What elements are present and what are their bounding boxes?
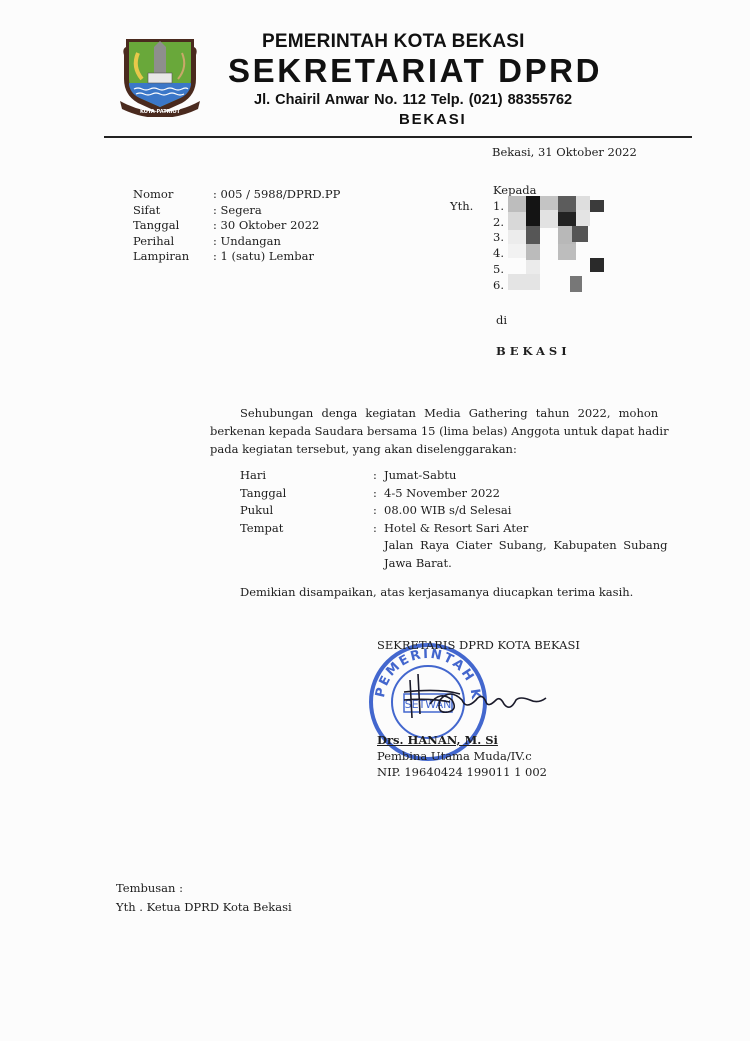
detail-value: 4-5 November 2022 [384,485,500,503]
svg-text:KOTA PATRIOT: KOTA PATRIOT [140,109,181,115]
closing-sentence: Demikian disampaikan, atas kerjasamanya … [240,585,633,599]
meta-row: Nomor: 005 / 5988/DPRD.PP [133,187,340,203]
recipient-number: 3. [478,230,504,246]
signatory-title: SEKRETARIS DPRD KOTA BEKASI [377,638,580,652]
detail-label: Tempat [240,520,373,538]
detail-label: Hari [240,467,373,485]
meta-row: Tanggal: 30 Oktober 2022 [133,218,340,234]
office-name: SEKRETARIAT DPRD [228,52,602,90]
letter-date: Bekasi, 31 Oktober 2022 [492,145,637,159]
recipient-number: 5. [478,262,504,278]
recipient-number: 4. [478,246,504,262]
meta-value: : 005 / 5988/DPRD.PP [213,187,340,203]
meta-value: : 1 (satu) Lembar [213,249,314,265]
meta-label: Perihal [133,234,213,250]
letter-meta: Nomor: 005 / 5988/DPRD.PP Sifat: Segera … [133,187,340,265]
tembusan-item: Yth . Ketua DPRD Kota Bekasi [116,898,292,917]
meta-label: Sifat [133,203,213,219]
body-line: berkenan kepada Saudara bersama 15 (lima… [210,422,750,440]
recipient-number: 1. [478,199,504,215]
meta-value: : Undangan [213,234,281,250]
meta-row: Sifat: Segera [133,203,340,219]
detail-row: Tempat:Hotel & Resort Sari Ater [240,520,750,538]
signatory-name: Drs. HANAN, M. Si [377,733,498,747]
addressee-city: BEKASI [496,344,571,358]
detail-row: Pukul:08.00 WIB s/d Selesai [240,502,750,520]
meta-row: Lampiran: 1 (satu) Lembar [133,249,340,265]
office-address: Jl. Chairil Anwar No. 112 Telp. (021) 88… [254,92,572,108]
signatory-rank: Pembina Utama Muda/IV.c [377,749,532,763]
meta-value: : Segera [213,203,262,219]
government-name: PEMERINTAH KOTA BEKASI [262,31,525,53]
detail-value: Hotel & Resort Sari Ater [384,520,528,538]
detail-continuation: Jalan Raya Ciater Subang, Kabupaten Suba… [240,537,750,555]
detail-row: Hari:Jumat-Sabtu [240,467,750,485]
addressee-yth: Yth. [450,199,473,215]
meta-row: Perihal: Undangan [133,234,340,250]
coat-of-arms-icon: KOTA PATRIOT [118,33,202,117]
signatory-nip: NIP. 19640424 199011 1 002 [377,765,547,779]
handwritten-signature-icon [400,670,550,720]
body-line: Sehubungan denga kegiatan Media Gatherin… [210,404,750,422]
tembusan-block: Tembusan : Yth . Ketua DPRD Kota Bekasi [116,879,292,917]
detail-value: Jumat-Sabtu [384,467,456,485]
recipient-number: 2. [478,215,504,231]
meta-label: Tanggal [133,218,213,234]
body-paragraph: Sehubungan denga kegiatan Media Gatherin… [210,404,750,458]
recipient-number: 6. [478,278,504,294]
detail-row: Tanggal:4-5 November 2022 [240,485,750,503]
meta-label: Nomor [133,187,213,203]
meta-value: : 30 Oktober 2022 [213,218,319,234]
body-line: pada kegiatan tersebut, yang akan disele… [210,440,750,458]
detail-label: Tanggal [240,485,373,503]
detail-continuation: Jawa Barat. [240,555,750,573]
tembusan-label: Tembusan : [116,879,292,898]
event-details: Hari:Jumat-Sabtu Tanggal:4-5 November 20… [240,467,750,572]
redacted-recipients [508,196,604,294]
detail-label: Pukul [240,502,373,520]
detail-value: 08.00 WIB s/d Selesai [384,502,511,520]
office-city: BEKASI [399,111,466,128]
letter-page: KOTA PATRIOT PEMERINTAH KOTA BEKASI SEKR… [0,0,750,1041]
letterhead-divider [104,136,692,138]
meta-label: Lampiran [133,249,213,265]
addressee-di: di [496,313,507,327]
